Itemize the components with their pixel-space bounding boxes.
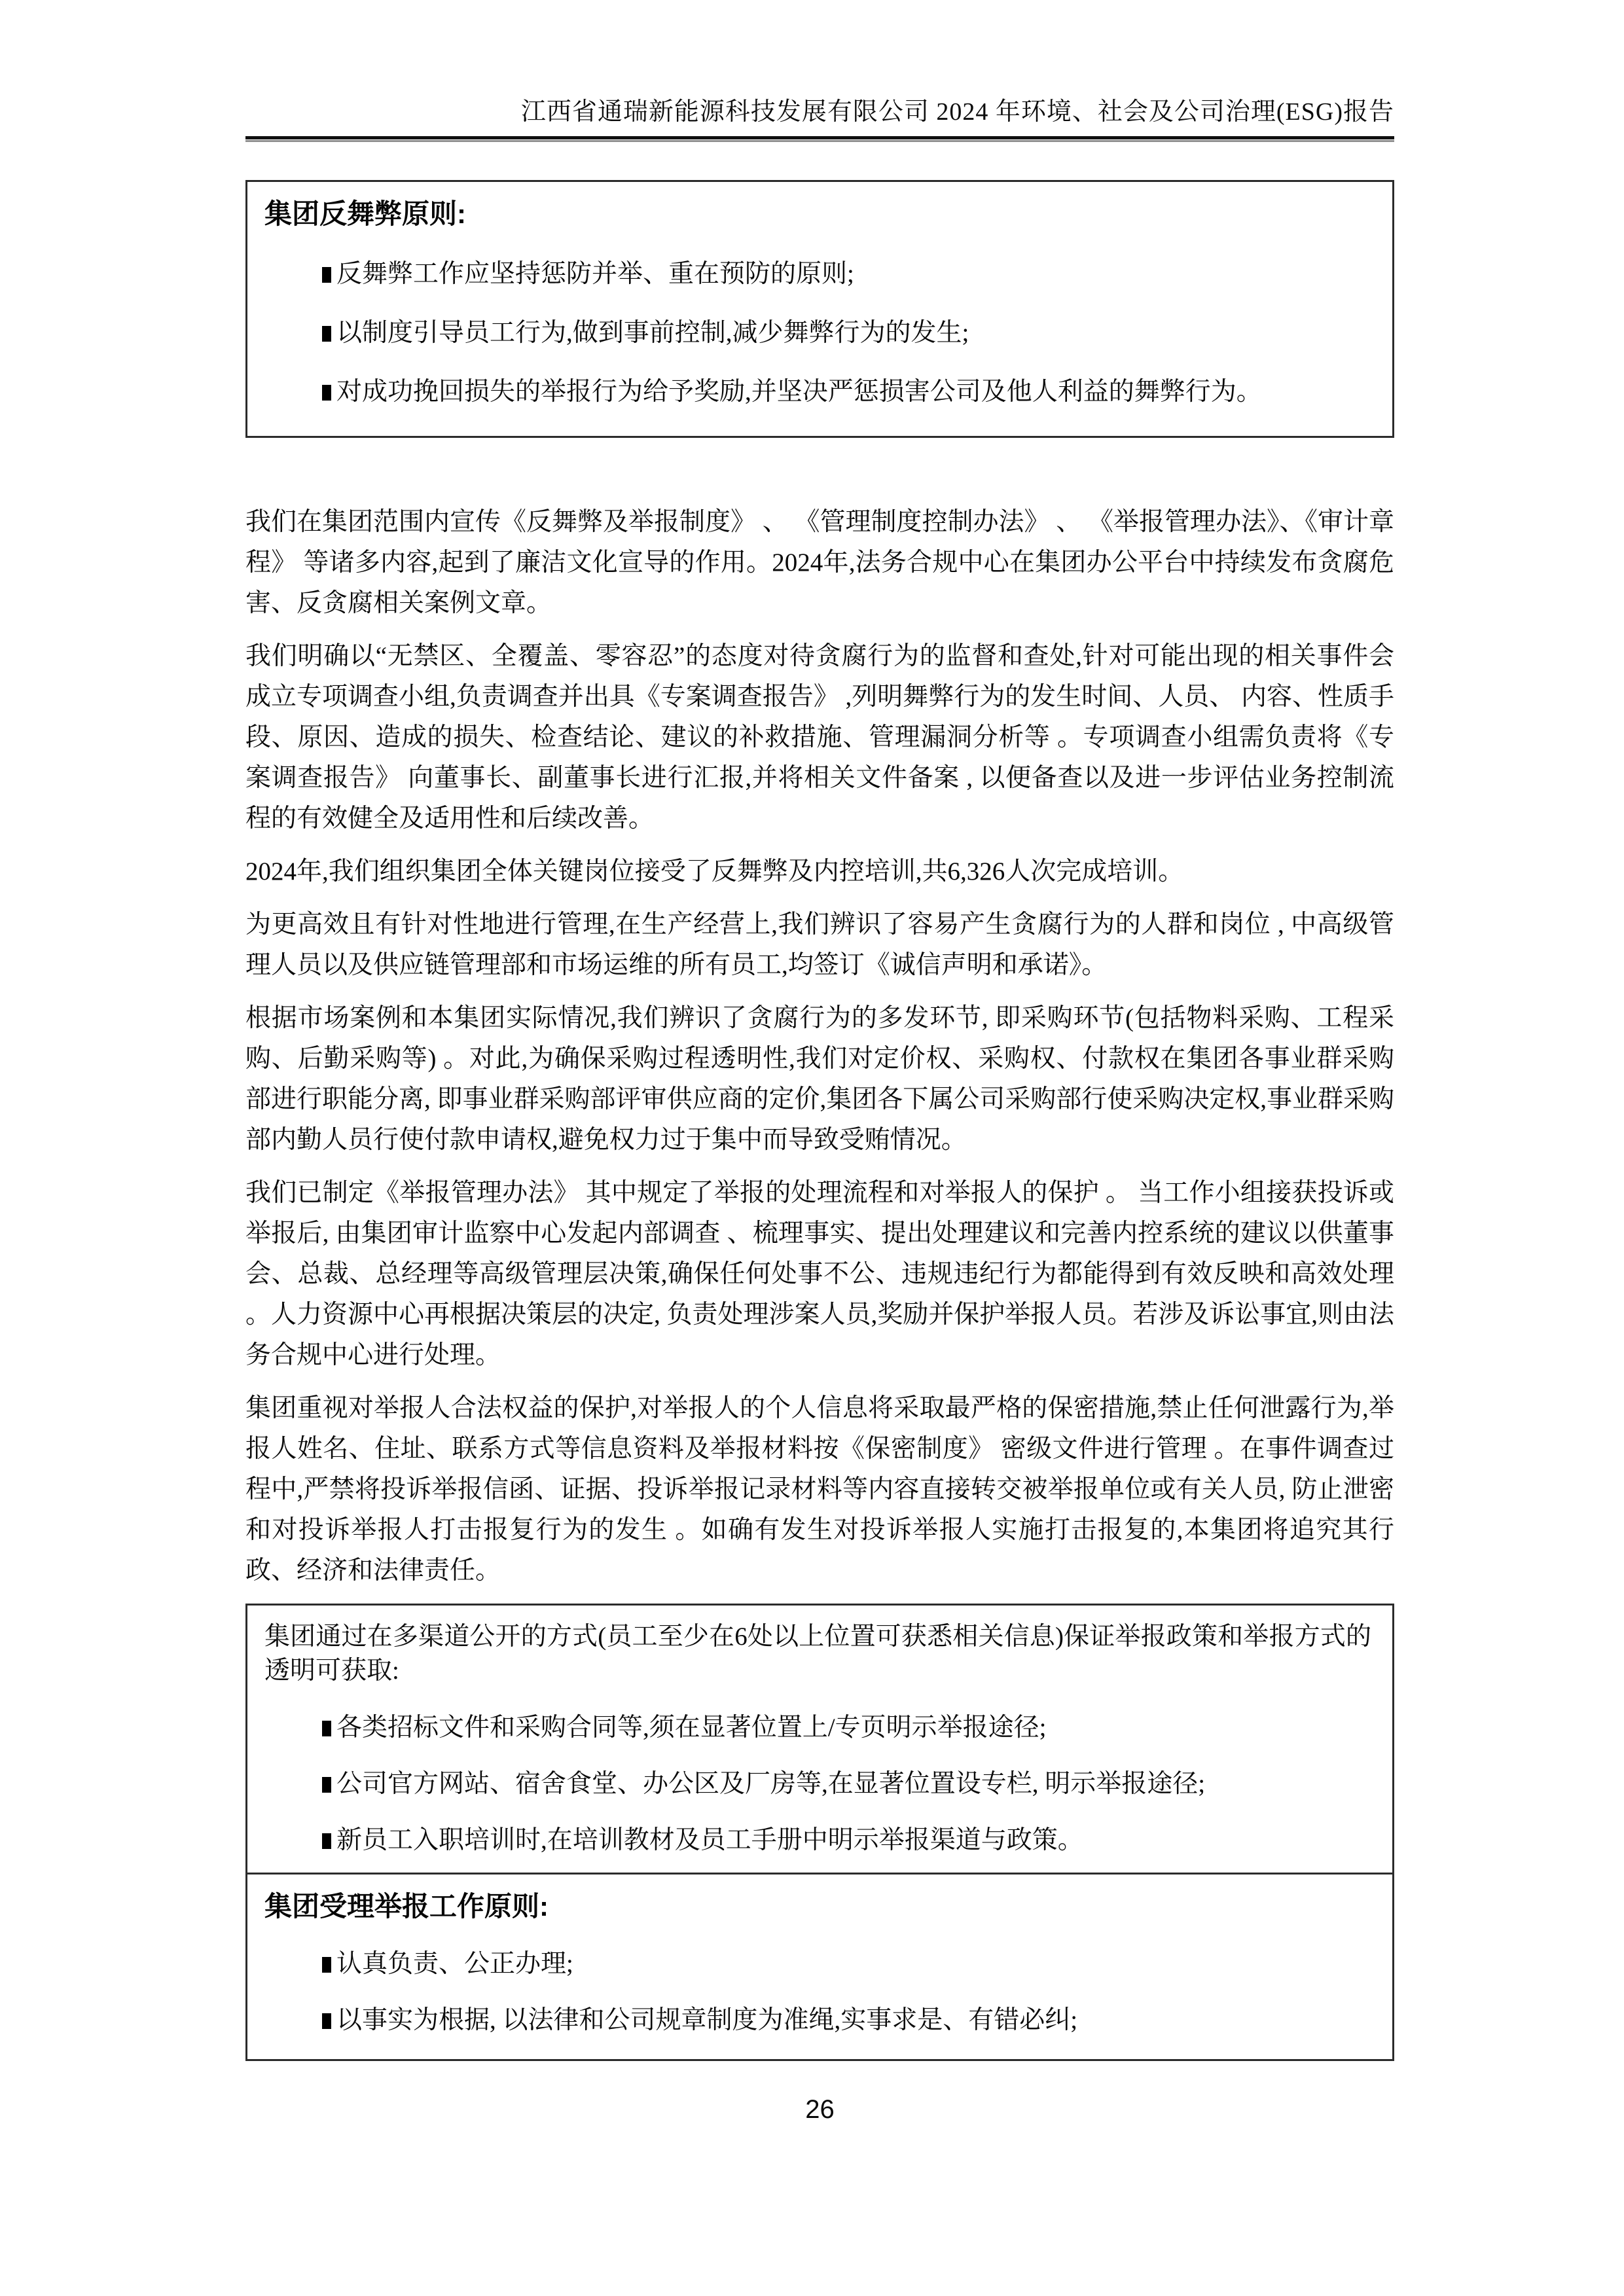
body-paragraph: 我们已制定《举报管理办法》 其中规定了举报的处理流程和对举报人的保护 。 当工作… (245, 1173, 1394, 1376)
header-rule-thin-line (245, 140, 1394, 142)
list-item: 以事实为根据, 以法律和公司规章制度为准绳,实事求是、有错必纠; (322, 2004, 1371, 2037)
list-item-text: 新员工入职培训时,在培训教材及员工手册中明示举报渠道与政策。 (336, 1826, 1083, 1854)
body-paragraph: 根据市场案例和本集团实际情况,我们辨识了贪腐行为的多发环节, 即采购环节(包括物… (245, 998, 1394, 1160)
list-item: 以制度引导员工行为,做到事前控制,减少舞弊行为的发生; (322, 317, 1371, 350)
list-item: 各类招标文件和采购合同等,须在显著位置上/专页明示举报途径; (322, 1712, 1371, 1744)
reporting-principles-title: 集团受理举报工作原则: (264, 1889, 1371, 1924)
square-bullet-icon (322, 326, 331, 342)
square-bullet-icon (322, 1833, 331, 1849)
square-bullet-icon (322, 1721, 331, 1736)
page-number: 26 (245, 2095, 1394, 2125)
list-item: 认真负责、公正办理; (322, 1948, 1371, 1981)
list-item: 对成功挽回损失的举报行为给予奖励,并坚决严惩损害公司及他人利益的舞弊行为。 (322, 376, 1371, 408)
list-item: 反舞弊工作应坚持惩防并举、重在预防的原则; (322, 258, 1371, 291)
body-paragraph: 我们在集团范围内宣传《反舞弊及举报制度》 、 《管理制度控制办法》 、 《举报管… (245, 502, 1394, 624)
list-item-text: 认真负责、公正办理; (336, 1950, 573, 1978)
header-rule (245, 136, 1394, 142)
list-item-text: 各类招标文件和采购合同等,须在显著位置上/专页明示举报途径; (336, 1713, 1046, 1742)
header-rule-thick-line (245, 136, 1394, 139)
anti-fraud-principles-box: 集团反舞弊原则: 反舞弊工作应坚持惩防并举、重在预防的原则; 以制度引导员工行为… (245, 180, 1394, 438)
reporting-principles-box: 集团受理举报工作原则: 认真负责、公正办理; 以事实为根据, 以法律和公司规章制… (245, 1874, 1394, 2061)
list-item-text: 以制度引导员工行为,做到事前控制,减少舞弊行为的发生; (336, 319, 969, 347)
list-item-text: 反舞弊工作应坚持惩防并举、重在预防的原则; (336, 260, 854, 288)
square-bullet-icon (322, 267, 331, 283)
document-page: 江西省通瑞新能源科技发展有限公司 2024 年环境、社会及公司治理(ESG)报告… (0, 0, 1624, 2296)
body-paragraph: 集团重视对举报人合法权益的保护,对举报人的个人信息将采取最严格的保密措施,禁止任… (245, 1388, 1394, 1591)
list-item-text: 对成功挽回损失的举报行为给予奖励,并坚决严惩损害公司及他人利益的舞弊行为。 (336, 378, 1262, 406)
list-item-text: 公司官方网站、宿舍食堂、办公区及厂房等,在显著位置设专栏, 明示举报途径; (336, 1770, 1205, 1798)
body-text: 我们在集团范围内宣传《反舞弊及举报制度》 、 《管理制度控制办法》 、 《举报管… (245, 502, 1394, 1591)
list-item: 公司官方网站、宿舍食堂、办公区及厂房等,在显著位置设专栏, 明示举报途径; (322, 1768, 1371, 1801)
list-item: 新员工入职培训时,在培训教材及员工手册中明示举报渠道与政策。 (322, 1824, 1371, 1857)
square-bullet-icon (322, 2013, 331, 2029)
reporting-channels-box: 集团通过在多渠道公开的方式(员工至少在6处以上位置可获悉相关信息)保证举报政策和… (245, 1604, 1394, 1874)
square-bullet-icon (322, 1777, 331, 1793)
reporting-channels-intro: 集团通过在多渠道公开的方式(员工至少在6处以上位置可获悉相关信息)保证举报政策和… (264, 1620, 1371, 1688)
anti-fraud-box-title: 集团反舞弊原则: (264, 196, 1371, 232)
list-item-text: 以事实为根据, 以法律和公司规章制度为准绳,实事求是、有错必纠; (336, 2006, 1077, 2034)
body-paragraph: 2024年,我们组织集团全体关键岗位接受了反舞弊及内控培训,共6,326人次完成… (245, 852, 1394, 892)
square-bullet-icon (322, 385, 331, 401)
report-header-title: 江西省通瑞新能源科技发展有限公司 2024 年环境、社会及公司治理(ESG)报告 (245, 97, 1394, 127)
body-paragraph: 我们明确以“无禁区、全覆盖、零容忍”的态度对待贪腐行为的监督和查处,针对可能出现… (245, 636, 1394, 839)
square-bullet-icon (322, 1957, 331, 1973)
body-paragraph: 为更高效且有针对性地进行管理,在生产经营上,我们辨识了容易产生贪腐行为的人群和岗… (245, 905, 1394, 986)
